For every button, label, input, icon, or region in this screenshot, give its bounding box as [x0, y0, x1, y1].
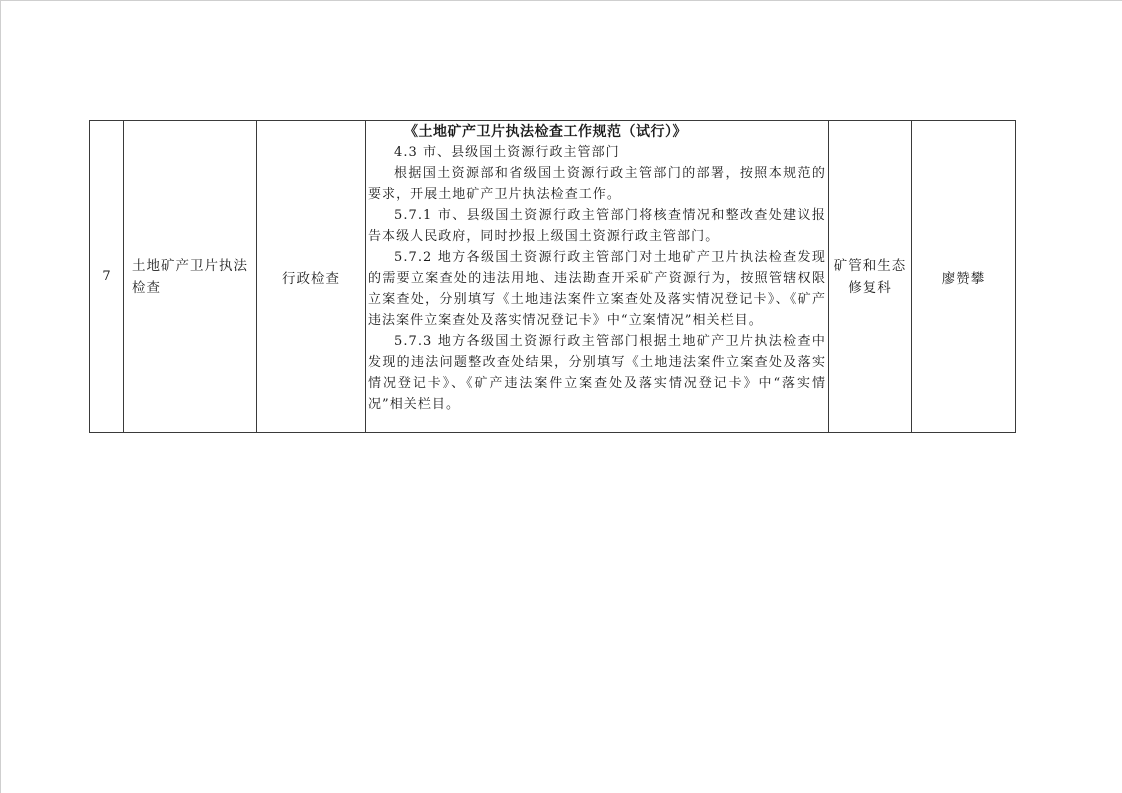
responsible-person: 廖赞攀 [942, 271, 986, 287]
basis-title: 《土地矿产卫片执法检查工作规范（试行）》 [368, 122, 826, 142]
department: 矿管和生态修复科 [834, 258, 907, 296]
person-cell: 廖赞攀 [912, 121, 1016, 433]
page-edge-top [0, 0, 1122, 1]
item-name: 土地矿产卫片执法检查 [132, 258, 248, 296]
item-type-cell: 行政检查 [257, 121, 366, 433]
table-row: 7 土地矿产卫片执法检查 行政检查 《土地矿产卫片执法检查工作规范（试行）》 4… [90, 121, 1016, 433]
row-number: 7 [102, 269, 110, 284]
basis-paragraph: 5.7.2 地方各级国土资源行政主管部门对土地矿产卫片执法检查发现的需要立案查处… [368, 247, 826, 331]
page-edge-left [0, 0, 1, 793]
row-number-cell: 7 [90, 121, 124, 433]
legal-basis-cell: 《土地矿产卫片执法检查工作规范（试行）》 4.3 市、县级国土资源行政主管部门 … [366, 121, 829, 433]
department-cell: 矿管和生态修复科 [829, 121, 912, 433]
basis-paragraph: 4.3 市、县级国土资源行政主管部门 [368, 142, 826, 163]
basis-paragraph: 5.7.1 市、县级国土资源行政主管部门将核查情况和整改查处建议报告本级人民政府… [368, 205, 826, 247]
responsibility-table: 7 土地矿产卫片执法检查 行政检查 《土地矿产卫片执法检查工作规范（试行）》 4… [89, 120, 1016, 433]
basis-paragraph: 5.7.3 地方各级国土资源行政主管部门根据土地矿产卫片执法检查中发现的违法问题… [368, 331, 826, 415]
item-name-cell: 土地矿产卫片执法检查 [124, 121, 257, 433]
basis-paragraph: 根据国土资源部和省级国土资源行政主管部门的部署，按照本规范的要求，开展土地矿产卫… [368, 163, 826, 205]
item-type: 行政检查 [282, 271, 340, 287]
